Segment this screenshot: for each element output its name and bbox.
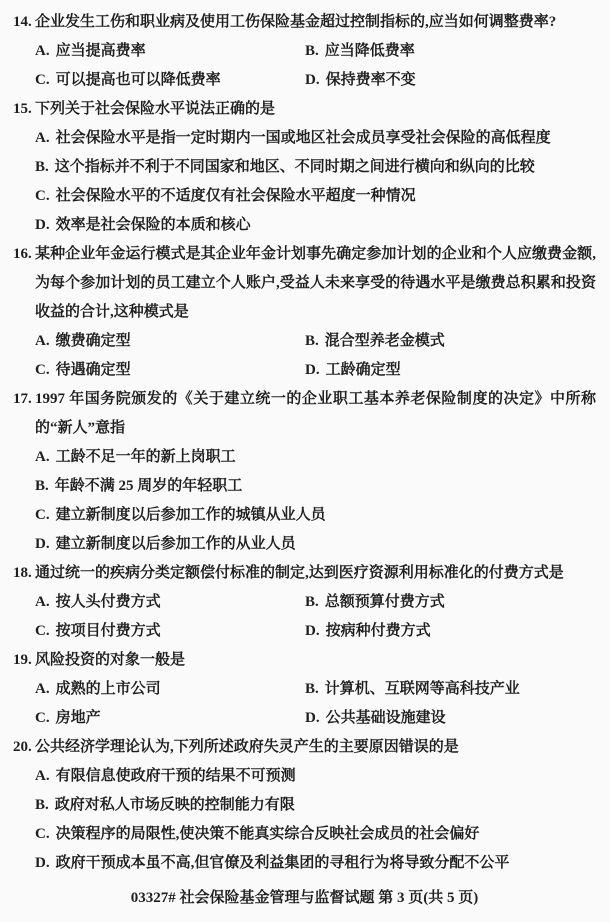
question-16: 16.某种企业年金运行模式是其企业年金计划事先确定参加计划的企业和个人应缴费金额… xyxy=(13,240,596,385)
option-text: 公共基础设施建设 xyxy=(326,710,446,726)
question-stem: 18.通过统一的疾病分类定额偿付标准的制定,达到医疗资源利用标准化的付费方式是 xyxy=(13,559,596,588)
question-14: 14.企业发生工伤和职业病及使用工伤保险基金超过控制指标的,应当如何调整费率? … xyxy=(13,8,596,95)
options-group: A.按人头付费方式 B.总额预算付费方式 C.按项目付费方式 D.按病种付费方式 xyxy=(13,588,596,646)
option-text: 建立新制度以后参加工作的从业人员 xyxy=(56,536,296,552)
question-number: 14. xyxy=(13,8,35,37)
question-text: 企业发生工伤和职业病及使用工伤保险基金超过控制指标的,应当如何调整费率? xyxy=(35,14,556,30)
question-number: 18. xyxy=(13,559,35,588)
question-20: 20.公共经济学理论认为,下列所述政府失灵产生的主要原因错误的是 A.有限信息使… xyxy=(13,733,596,878)
options-group: A.成熟的上市公司 B.计算机、互联网等高科技产业 C.房地产 D.公共基础设施… xyxy=(13,675,596,733)
option-label: C. xyxy=(35,710,50,726)
option-label: C. xyxy=(35,188,50,204)
option-label: A. xyxy=(35,333,50,349)
question-text: 通过统一的疾病分类定额偿付标准的制定,达到医疗资源利用标准化的付费方式是 xyxy=(35,565,564,581)
option-label: C. xyxy=(35,826,50,842)
option-label: D. xyxy=(305,623,320,639)
option-b: B.总额预算付费方式 xyxy=(305,588,596,617)
option-text: 待遇确定型 xyxy=(56,362,131,378)
question-stem: 20.公共经济学理论认为,下列所述政府失灵产生的主要原因错误的是 xyxy=(13,733,596,762)
option-text: 年龄不满 25 周岁的年轻职工 xyxy=(55,478,243,494)
option-b: B.年龄不满 25 周岁的年轻职工 xyxy=(35,472,596,501)
option-d: D.公共基础设施建设 xyxy=(305,704,596,733)
question-18: 18.通过统一的疾病分类定额偿付标准的制定,达到医疗资源利用标准化的付费方式是 … xyxy=(13,559,596,646)
option-b: B.政府对私人市场反映的控制能力有限 xyxy=(35,791,596,820)
option-text: 应当降低费率 xyxy=(325,43,415,59)
question-19: 19.风险投资的对象一般是 A.成熟的上市公司 B.计算机、互联网等高科技产业 … xyxy=(13,646,596,733)
option-label: C. xyxy=(35,72,50,88)
option-d: D.效率是社会保险的本质和核心 xyxy=(35,211,596,240)
options-group: A.缴费确定型 B.混合型养老金模式 C.待遇确定型 D.工龄确定型 xyxy=(13,327,596,385)
option-c: C.社会保险水平的不适度仅有社会保险水平超度一种情况 xyxy=(35,182,596,211)
option-c: C.按项目付费方式 xyxy=(35,617,305,646)
options-group: A.工龄不足一年的新上岗职工 B.年龄不满 25 周岁的年轻职工 C.建立新制度… xyxy=(13,443,596,559)
option-label: A. xyxy=(35,449,50,465)
option-b: B.这个指标并不利于不同国家和地区、不同时期之间进行横向和纵向的比较 xyxy=(35,153,596,182)
option-text: 保持费率不变 xyxy=(326,72,416,88)
option-text: 成熟的上市公司 xyxy=(56,681,161,697)
option-d: D.保持费率不变 xyxy=(305,66,596,95)
option-label: A. xyxy=(35,130,50,146)
options-group: A.有限信息使政府干预的结果不可预测 B.政府对私人市场反映的控制能力有限 C.… xyxy=(13,762,596,878)
question-stem: 14.企业发生工伤和职业病及使用工伤保险基金超过控制指标的,应当如何调整费率? xyxy=(13,8,596,37)
option-a: A.有限信息使政府干预的结果不可预测 xyxy=(35,762,596,791)
option-text: 房地产 xyxy=(56,710,101,726)
option-label: C. xyxy=(35,362,50,378)
option-text: 建立新制度以后参加工作的城镇从业人员 xyxy=(56,507,326,523)
option-d: D.工龄确定型 xyxy=(305,356,596,385)
option-label: C. xyxy=(35,507,50,523)
option-c: C.可以提高也可以降低费率 xyxy=(35,66,305,95)
question-17: 17.1997 年国务院颁发的《关于建立统一的企业职工基本养老保险制度的决定》中… xyxy=(13,385,596,559)
option-b: B.混合型养老金模式 xyxy=(305,327,596,356)
question-number: 16. xyxy=(13,240,35,269)
option-c: C.房地产 xyxy=(35,704,305,733)
question-stem: 15.下列关于社会保险水平说法正确的是 xyxy=(13,95,596,124)
option-c: C.建立新制度以后参加工作的城镇从业人员 xyxy=(35,501,596,530)
option-d: D.按病种付费方式 xyxy=(305,617,596,646)
option-a: A.应当提高费率 xyxy=(35,37,305,66)
option-text: 按病种付费方式 xyxy=(326,623,431,639)
question-text: 公共经济学理论认为,下列所述政府失灵产生的主要原因错误的是 xyxy=(35,739,459,755)
option-text: 政府干预成本虽不高,但官僚及利益集团的寻租行为将导致分配不公平 xyxy=(56,855,510,871)
question-stem: 17.1997 年国务院颁发的《关于建立统一的企业职工基本养老保险制度的决定》中… xyxy=(13,385,596,443)
option-text: 工龄确定型 xyxy=(326,362,401,378)
option-text: 混合型养老金模式 xyxy=(325,333,445,349)
option-text: 计算机、互联网等高科技产业 xyxy=(325,681,520,697)
option-label: D. xyxy=(35,536,50,552)
option-label: D. xyxy=(305,362,320,378)
option-d: D.政府干预成本虽不高,但官僚及利益集团的寻租行为将导致分配不公平 xyxy=(35,849,596,878)
option-label: B. xyxy=(35,797,49,813)
option-label: A. xyxy=(35,43,50,59)
question-number: 19. xyxy=(13,646,35,675)
option-label: B. xyxy=(305,43,319,59)
question-number: 20. xyxy=(13,733,35,762)
question-number: 15. xyxy=(13,95,35,124)
question-15: 15.下列关于社会保险水平说法正确的是 A.社会保险水平是指一定时期内一国或地区… xyxy=(13,95,596,240)
option-c: C.待遇确定型 xyxy=(35,356,305,385)
page-footer: 03327# 社会保险基金管理与监督试题 第 3 页(共 5 页) xyxy=(13,884,596,913)
option-b: B.应当降低费率 xyxy=(305,37,596,66)
option-text: 社会保险水平的不适度仅有社会保险水平超度一种情况 xyxy=(56,188,416,204)
question-text: 下列关于社会保险水平说法正确的是 xyxy=(35,101,275,117)
option-label: B. xyxy=(35,159,49,175)
option-a: A.成熟的上市公司 xyxy=(35,675,305,704)
option-label: A. xyxy=(35,594,50,610)
option-text: 可以提高也可以降低费率 xyxy=(56,72,221,88)
option-a: A.工龄不足一年的新上岗职工 xyxy=(35,443,596,472)
option-text: 政府对私人市场反映的控制能力有限 xyxy=(55,797,295,813)
option-label: B. xyxy=(35,478,49,494)
exam-page: 14.企业发生工伤和职业病及使用工伤保险基金超过控制指标的,应当如何调整费率? … xyxy=(0,0,610,922)
option-d: D.建立新制度以后参加工作的从业人员 xyxy=(35,530,596,559)
question-stem: 16.某种企业年金运行模式是其企业年金计划事先确定参加计划的企业和个人应缴费金额… xyxy=(13,240,596,327)
option-label: B. xyxy=(305,681,319,697)
option-a: A.社会保险水平是指一定时期内一国或地区社会成员享受社会保险的高低程度 xyxy=(35,124,596,153)
option-text: 总额预算付费方式 xyxy=(325,594,445,610)
option-text: 按项目付费方式 xyxy=(56,623,161,639)
option-text: 工龄不足一年的新上岗职工 xyxy=(56,449,236,465)
options-group: A.应当提高费率 B.应当降低费率 C.可以提高也可以降低费率 D.保持费率不变 xyxy=(13,37,596,95)
option-c: C.决策程序的局限性,使决策不能真实综合反映社会成员的社会偏好 xyxy=(35,820,596,849)
option-b: B.计算机、互联网等高科技产业 xyxy=(305,675,596,704)
option-text: 有限信息使政府干预的结果不可预测 xyxy=(56,768,296,784)
option-text: 决策程序的局限性,使决策不能真实综合反映社会成员的社会偏好 xyxy=(56,826,480,842)
option-text: 按人头付费方式 xyxy=(56,594,161,610)
option-label: B. xyxy=(305,594,319,610)
option-label: D. xyxy=(35,855,50,871)
option-label: D. xyxy=(305,72,320,88)
option-label: D. xyxy=(35,217,50,233)
question-text: 风险投资的对象一般是 xyxy=(35,652,185,668)
option-text: 这个指标并不利于不同国家和地区、不同时期之间进行横向和纵向的比较 xyxy=(55,159,535,175)
option-label: A. xyxy=(35,681,50,697)
option-a: A.按人头付费方式 xyxy=(35,588,305,617)
option-label: B. xyxy=(305,333,319,349)
question-text: 1997 年国务院颁发的《关于建立统一的企业职工基本养老保险制度的决定》中所称的… xyxy=(35,391,596,436)
option-label: C. xyxy=(35,623,50,639)
option-text: 效率是社会保险的本质和核心 xyxy=(56,217,251,233)
question-number: 17. xyxy=(13,385,35,414)
question-text: 某种企业年金运行模式是其企业年金计划事先确定参加计划的企业和个人应缴费金额,为每… xyxy=(35,246,596,320)
option-text: 社会保险水平是指一定时期内一国或地区社会成员享受社会保险的高低程度 xyxy=(56,130,551,146)
option-text: 缴费确定型 xyxy=(56,333,131,349)
question-stem: 19.风险投资的对象一般是 xyxy=(13,646,596,675)
options-group: A.社会保险水平是指一定时期内一国或地区社会成员享受社会保险的高低程度 B.这个… xyxy=(13,124,596,240)
option-label: A. xyxy=(35,768,50,784)
option-a: A.缴费确定型 xyxy=(35,327,305,356)
option-text: 应当提高费率 xyxy=(56,43,146,59)
option-label: D. xyxy=(305,710,320,726)
